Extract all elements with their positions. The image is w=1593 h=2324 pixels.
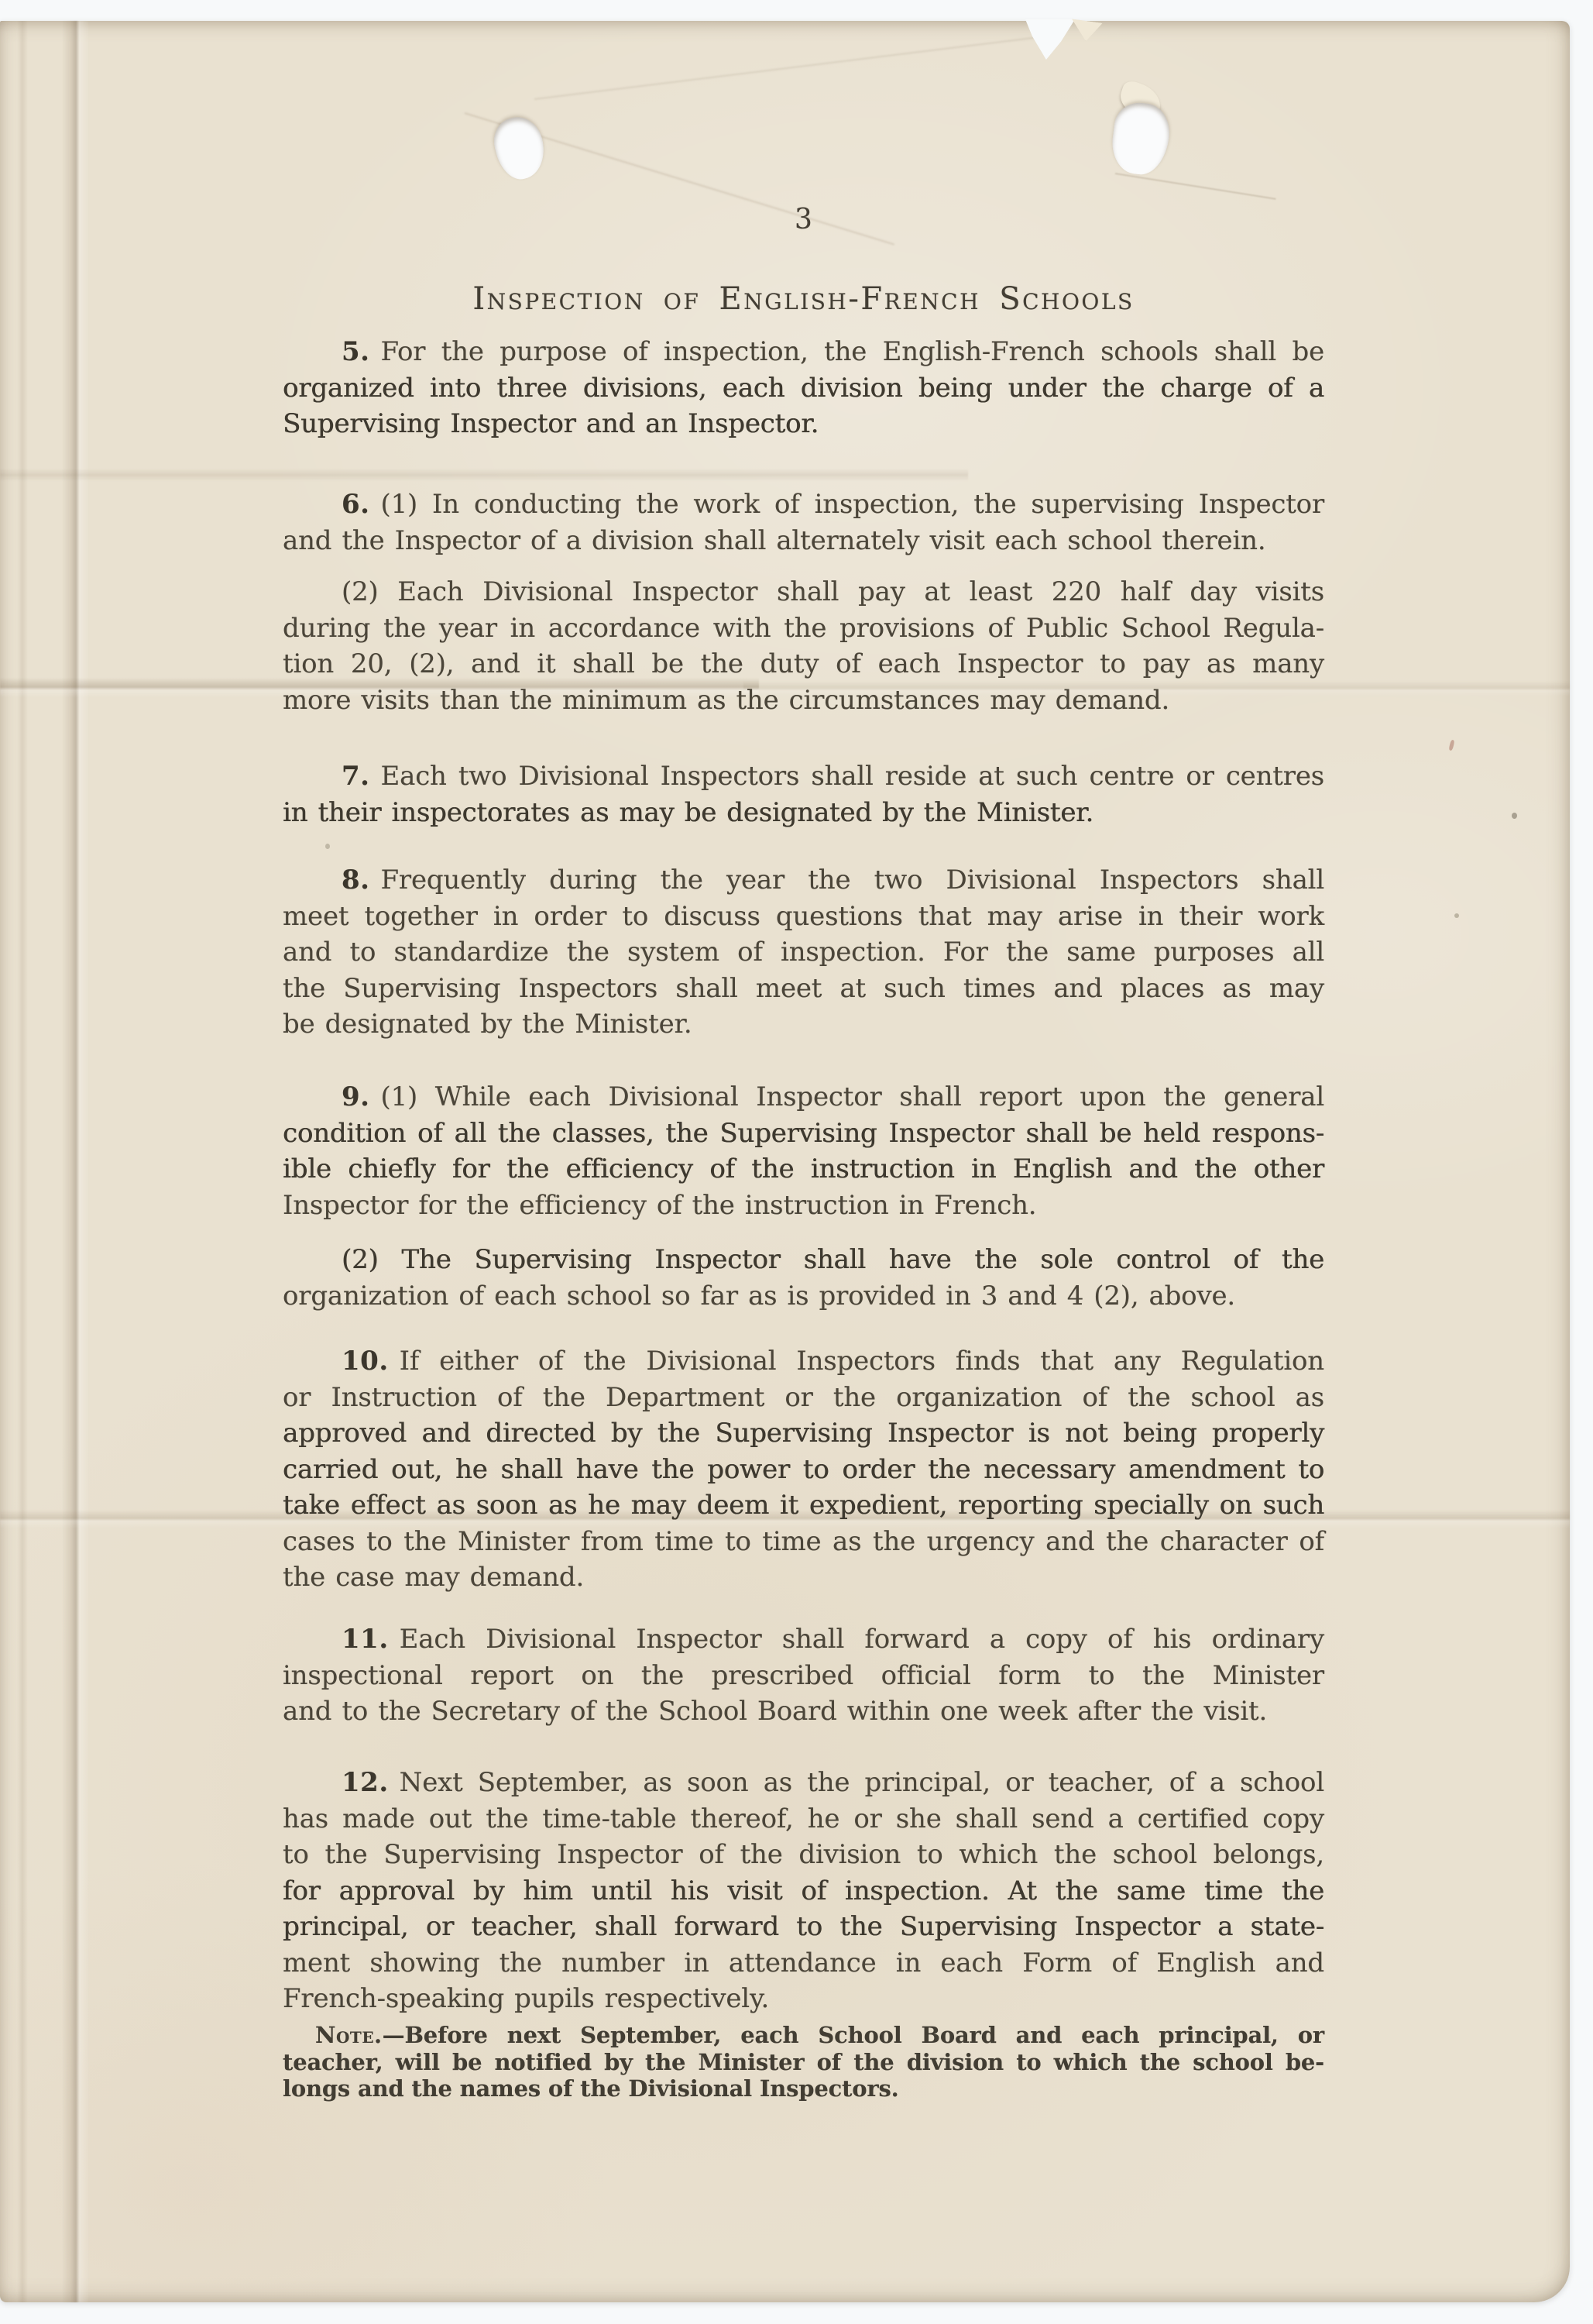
paper-fibre-speck <box>1454 913 1459 918</box>
section-number: 8. <box>342 865 370 896</box>
paragraph-8: 8.Frequently during the year the two Div… <box>283 862 1324 1043</box>
text-line: organization of each school so far as is… <box>283 1278 1324 1315</box>
text-line: organized into three divisions, each div… <box>283 370 1324 407</box>
text-line: principal, or teacher, shall forward to … <box>283 1909 1324 1945</box>
section-number: 9. <box>342 1081 370 1112</box>
paragraph-11: 11.Each Divisional Inspector shall forwa… <box>283 1621 1324 1730</box>
text-line: longs and the names of the Divisional In… <box>283 2075 1324 2102</box>
section-number: 5. <box>342 336 370 367</box>
text-line-content: If either of the Divisional Inspectors f… <box>400 1346 1324 1377</box>
text-line-content: (1) While each Divisional Inspector shal… <box>381 1081 1325 1112</box>
paragraph-12: 12.Next September, as soon as the princi… <box>283 1765 1324 2017</box>
text-line: Inspector for the efficiency of the inst… <box>283 1188 1324 1224</box>
horizontal-crease-upper <box>0 469 968 481</box>
section-number: 6. <box>342 489 370 520</box>
text-line: Note.—Before next September, each School… <box>283 2022 1324 2049</box>
text-line: ment showing the number in attendance in… <box>283 1945 1324 1982</box>
text-line: 9.(1) While each Divisional Inspector sh… <box>283 1079 1324 1116</box>
text-line: 12.Next September, as soon as the princi… <box>283 1765 1324 1801</box>
note-label: Note. <box>315 2022 383 2048</box>
text-line: (2) The Supervising Inspector shall have… <box>283 1242 1324 1278</box>
text-line: cases to the Minister from time to time … <box>283 1524 1324 1560</box>
text-line-content: Frequently during the year the two Divis… <box>381 865 1325 896</box>
section-number: 12. <box>342 1767 389 1798</box>
text-line: meet together in order to discuss questi… <box>283 899 1324 935</box>
torn-notch-top-edge <box>1025 19 1075 60</box>
text-line: 7.Each two Divisional Inspectors shall r… <box>283 758 1324 795</box>
paper-fibre-speck <box>1448 740 1454 751</box>
text-line-content: Each two Divisional Inspectors shall res… <box>381 761 1325 792</box>
text-line-content: Next September, as soon as the principal… <box>400 1767 1324 1798</box>
text-line: for approval by him until his visit of i… <box>283 1873 1324 1910</box>
paragraph-6-sub-1: 6.(1) In conducting the work of inspecti… <box>283 486 1324 559</box>
text-line: ible chiefly for the efficiency of the i… <box>283 1151 1324 1188</box>
section-number: 7. <box>342 761 370 792</box>
page-number: 3 <box>283 202 1324 238</box>
diagonal-crease-from-notch <box>534 36 1042 100</box>
text-line: French-speaking pupils respectively. <box>283 1981 1324 2017</box>
text-line: more visits than the minimum as the circ… <box>283 682 1324 719</box>
text-line: condition of all the classes, the Superv… <box>283 1116 1324 1152</box>
text-line: Supervising Inspector and an Inspector. <box>283 406 1324 442</box>
paper-fibre-speck <box>1512 813 1517 819</box>
text-line: carried out, he shall have the power to … <box>283 1452 1324 1488</box>
text-line: tion 20, (2), and it shall be the duty o… <box>283 646 1324 682</box>
text-line: in their inspectorates as may be designa… <box>283 795 1324 831</box>
punch-hole-right <box>1109 100 1173 177</box>
text-line: the case may demand. <box>283 1559 1324 1596</box>
text-line: teacher, will be notified by the Ministe… <box>283 2049 1324 2076</box>
text-line: 8.Frequently during the year the two Div… <box>283 862 1324 899</box>
paragraph-5: 5.For the purpose of inspection, the Eng… <box>283 334 1324 442</box>
diagonal-crease-right <box>1115 173 1276 200</box>
vertical-fold-crease <box>62 21 90 2302</box>
document-heading: Inspection of English-French Schools <box>283 281 1324 317</box>
scan-background: 3 Inspection of English-French Schools 5… <box>0 0 1593 2324</box>
torn-flap-top-edge <box>1069 19 1102 43</box>
text-line: 10.If either of the Divisional Inspector… <box>283 1343 1324 1380</box>
text-line-content: Each Divisional Inspector shall forward … <box>400 1624 1324 1655</box>
text-line-content: (1) In conducting the work of inspection… <box>381 489 1325 520</box>
text-line: be designated by the Minister. <box>283 1006 1324 1043</box>
paragraph-10: 10.If either of the Divisional Inspector… <box>283 1343 1324 1596</box>
section-number: 11. <box>342 1624 389 1655</box>
text-line: 6.(1) In conducting the work of inspecti… <box>283 486 1324 523</box>
text-line: has made out the time-table thereof, he … <box>283 1801 1324 1838</box>
text-line: the Supervising Inspectors shall meet at… <box>283 971 1324 1007</box>
text-line: approved and directed by the Supervising… <box>283 1415 1324 1452</box>
text-line: take effect as soon as he may deem it ex… <box>283 1487 1324 1524</box>
text-line-content: —Before next September, each School Boar… <box>383 2022 1324 2048</box>
text-line: (2) Each Divisional Inspector shall pay … <box>283 574 1324 610</box>
text-line: or Instruction of the Department or the … <box>283 1380 1324 1416</box>
paragraph-6-sub-2: (2) Each Divisional Inspector shall pay … <box>283 574 1324 718</box>
text-line: 5.For the purpose of inspection, the Eng… <box>283 334 1324 370</box>
text-line: 11.Each Divisional Inspector shall forwa… <box>283 1621 1324 1658</box>
paragraph-9-sub-2: (2) The Supervising Inspector shall have… <box>283 1242 1324 1314</box>
paragraph-9-sub-1: 9.(1) While each Divisional Inspector sh… <box>283 1079 1324 1223</box>
paper-fibre-speck <box>325 844 330 849</box>
document-page: 3 Inspection of English-French Schools 5… <box>0 21 1570 2302</box>
text-line: during the year in accordance with the p… <box>283 610 1324 647</box>
text-line: and to standardize the system of inspect… <box>283 934 1324 971</box>
left-edge-crease <box>17 21 28 2302</box>
section-number: 10. <box>342 1346 389 1377</box>
paragraph-7: 7.Each two Divisional Inspectors shall r… <box>283 758 1324 830</box>
footnote: Note.—Before next September, each School… <box>283 2022 1324 2102</box>
text-line: inspectional report on the prescribed of… <box>283 1658 1324 1694</box>
punch-hole-left <box>489 112 551 184</box>
text-line-content: For the purpose of inspection, the Engli… <box>381 336 1325 367</box>
text-line: and to the Secretary of the School Board… <box>283 1693 1324 1730</box>
text-line: and the Inspector of a division shall al… <box>283 523 1324 559</box>
text-line: to the Supervising Inspector of the divi… <box>283 1837 1324 1873</box>
